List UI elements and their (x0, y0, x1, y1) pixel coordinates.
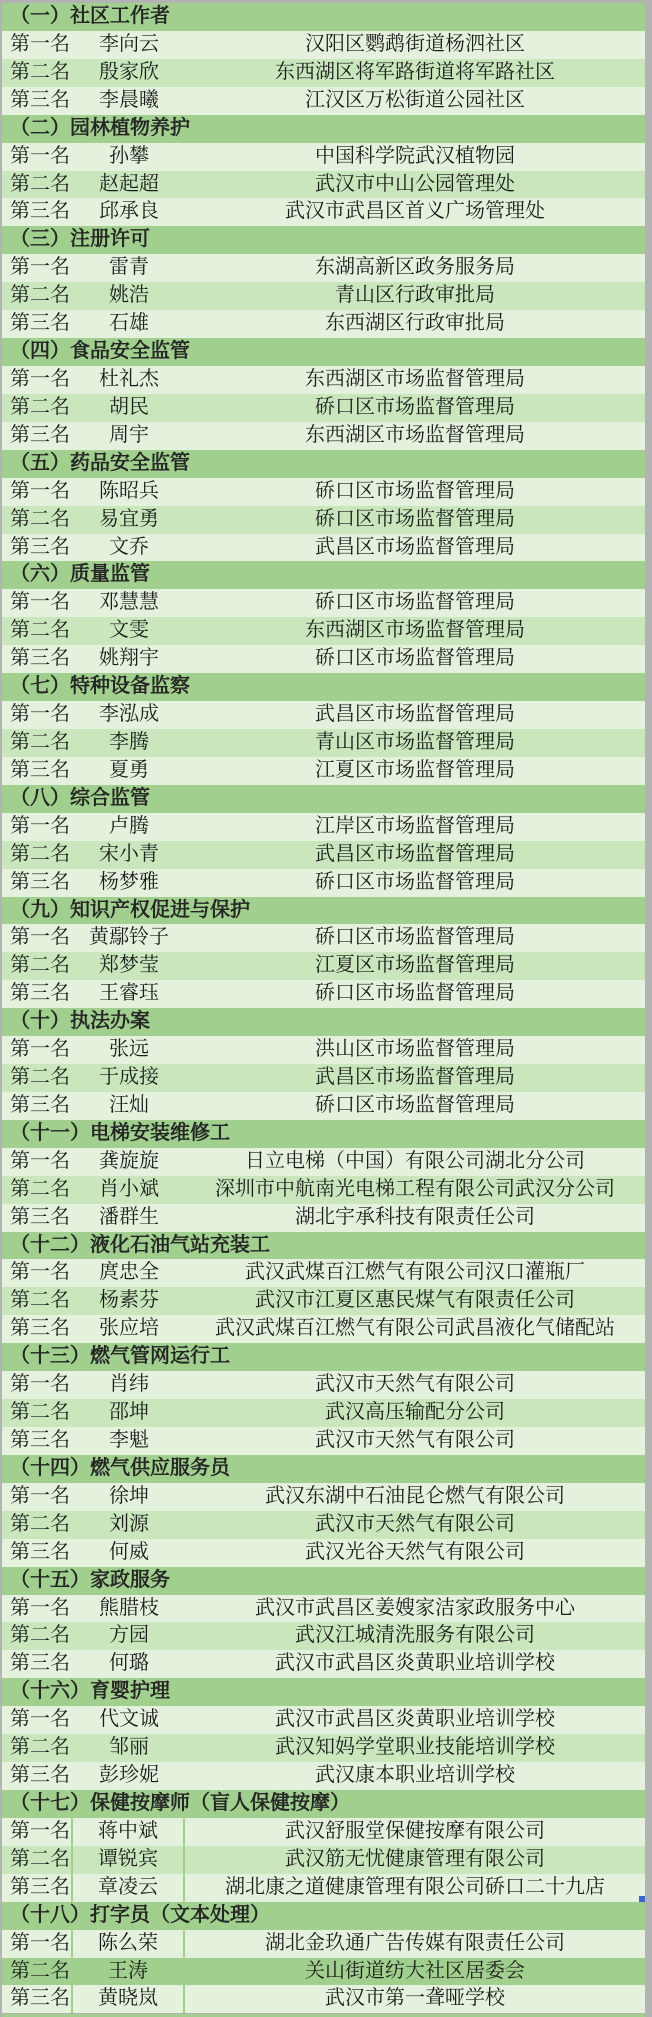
winner-row: 第二名邹丽武汉知妈学堂职业技能培训学校 (2, 1734, 645, 1762)
section-title: （六）质量监管 (10, 561, 150, 589)
name-cell: 黄晓岚 (73, 1985, 185, 2013)
section-header-row: （十）执法办案 (2, 1008, 645, 1036)
rank-cell: 第三名 (2, 1427, 73, 1455)
section-header-row: （十四）燃气供应服务员 (2, 1455, 645, 1483)
winner-row: 第三名彭珍妮武汉康本职业培训学校 (2, 1762, 645, 1790)
org-cell: 武汉市天然气有限公司 (185, 1511, 645, 1539)
rank-cell: 第三名 (2, 1204, 73, 1232)
winner-row: 第一名肖纬武汉市天然气有限公司 (2, 1371, 645, 1399)
rank-cell: 第一名 (2, 254, 73, 282)
org-cell: 武汉江城清洗服务有限公司 (185, 1622, 645, 1650)
winner-row: 第二名王涛关山街道纺大社区居委会 (2, 1958, 645, 1986)
org-cell: 硚口区市场监督管理局 (185, 645, 645, 673)
org-cell: 硚口区市场监督管理局 (185, 869, 645, 897)
rank-cell: 第三名 (2, 310, 73, 338)
org-cell: 武汉康本职业培训学校 (185, 1762, 645, 1790)
name-cell: 邹丽 (73, 1734, 185, 1762)
rank-cell: 第三名 (2, 1874, 73, 1902)
winner-row: 第二名刘源武汉市天然气有限公司 (2, 1511, 645, 1539)
name-cell: 邱承良 (73, 198, 185, 226)
section-title: （十七）保健按摩师（盲人保健按摩） (10, 1790, 350, 1818)
org-cell: 武汉光谷天然气有限公司 (185, 1539, 645, 1567)
winner-row: 第一名孙攀中国科学院武汉植物园 (2, 143, 645, 171)
name-cell: 方园 (73, 1622, 185, 1650)
rank-cell: 第三名 (2, 869, 73, 897)
org-cell: 中国科学院武汉植物园 (185, 143, 645, 171)
name-cell: 胡民 (73, 394, 185, 422)
section-title: （十三）燃气管网运行工 (10, 1343, 230, 1371)
org-cell: 武昌区市场监督管理局 (185, 534, 645, 562)
org-cell: 武汉筋无忧健康管理有限公司 (185, 1846, 645, 1874)
org-cell: 青山区行政审批局 (185, 282, 645, 310)
winner-row: 第三名邱承良武汉市武昌区首义广场管理处 (2, 198, 645, 226)
section-header-row: （四）食品安全监管 (2, 338, 645, 366)
org-cell: 湖北宇承科技有限责任公司 (185, 1204, 645, 1232)
rank-cell: 第二名 (2, 841, 73, 869)
name-cell: 刘源 (73, 1511, 185, 1539)
org-cell: 武汉市武昌区炎黄职业培训学校 (185, 1706, 645, 1734)
name-cell: 赵起超 (73, 171, 185, 199)
rank-cell: 第三名 (2, 1985, 73, 2013)
org-cell: 青山区市场监督管理局 (185, 729, 645, 757)
winner-row: 第三名李晨曦江汉区万松街道公园社区 (2, 87, 645, 115)
org-cell: 硚口区市场监督管理局 (185, 924, 645, 952)
rank-cell: 第二名 (2, 1846, 73, 1874)
winner-row: 第三名夏勇江夏区市场监督管理局 (2, 757, 645, 785)
section-header-row: （八）综合监管 (2, 785, 645, 813)
name-cell: 肖纬 (73, 1371, 185, 1399)
winner-row: 第一名代文诚武汉市武昌区炎黄职业培训学校 (2, 1706, 645, 1734)
name-cell: 代文诚 (73, 1706, 185, 1734)
section-title: （三）注册许可 (10, 226, 150, 254)
name-cell: 杨素芬 (73, 1287, 185, 1315)
winner-row: 第二名殷家欣东西湖区将军路街道将军路社区 (2, 59, 645, 87)
winner-row: 第三名张应培武汉武煤百江燃气有限公司武昌液化气储配站 (2, 1315, 645, 1343)
winner-row: 第三名李魁武汉市天然气有限公司 (2, 1427, 645, 1455)
name-cell: 文雯 (73, 617, 185, 645)
name-cell: 李向云 (73, 31, 185, 59)
section-title: （二）园林植物养护 (10, 115, 190, 143)
rank-cell: 第三名 (2, 645, 73, 673)
org-cell: 东湖高新区政务服务局 (185, 254, 645, 282)
name-cell: 肖小斌 (73, 1176, 185, 1204)
section-title: （一）社区工作者 (10, 3, 170, 31)
name-cell: 李晨曦 (73, 87, 185, 115)
rank-cell: 第三名 (2, 198, 73, 226)
org-cell: 江汉区万松街道公园社区 (185, 87, 645, 115)
name-cell: 徐坤 (73, 1483, 185, 1511)
name-cell: 龚旋旋 (73, 1148, 185, 1176)
winner-row: 第一名雷青东湖高新区政务服务局 (2, 254, 645, 282)
section-title: （十一）电梯安装维修工 (10, 1120, 230, 1148)
rank-cell: 第一名 (2, 1036, 73, 1064)
name-cell: 陈昭兵 (73, 478, 185, 506)
name-cell: 邵坤 (73, 1399, 185, 1427)
section-title: （十五）家政服务 (10, 1567, 170, 1595)
org-cell: 硚口区市场监督管理局 (185, 478, 645, 506)
section-header-row: （十二）液化石油气站充装工 (2, 1232, 645, 1260)
name-cell: 李泓成 (73, 701, 185, 729)
org-cell: 武汉武煤百江燃气有限公司武昌液化气储配站 (185, 1315, 645, 1343)
winner-row: 第二名谭锐宾武汉筋无忧健康管理有限公司 (2, 1846, 645, 1874)
rank-cell: 第三名 (2, 1539, 73, 1567)
org-cell: 硚口区市场监督管理局 (185, 1092, 645, 1120)
winner-row: 第二名姚浩青山区行政审批局 (2, 282, 645, 310)
winner-row: 第三名何璐武汉市武昌区炎黄职业培训学校 (2, 1650, 645, 1678)
rank-cell: 第二名 (2, 506, 73, 534)
rank-cell: 第一名 (2, 143, 73, 171)
name-cell: 卢腾 (73, 813, 185, 841)
winner-row: 第三名章凌云湖北康之道健康管理有限公司硚口二十九店 (2, 1874, 645, 1902)
rank-cell: 第二名 (2, 1176, 73, 1204)
rank-cell: 第三名 (2, 1092, 73, 1120)
rank-cell: 第二名 (2, 1399, 73, 1427)
org-cell: 武汉市天然气有限公司 (185, 1371, 645, 1399)
section-header-row: （一）社区工作者 (2, 3, 645, 31)
org-cell: 武汉市天然气有限公司 (185, 1427, 645, 1455)
name-cell: 夏勇 (73, 757, 185, 785)
winner-row: 第一名庹忠全武汉武煤百江燃气有限公司汉口灌瓶厂 (2, 1259, 645, 1287)
winner-row: 第一名杜礼杰东西湖区市场监督管理局 (2, 366, 645, 394)
section-header-row: （三）注册许可 (2, 226, 645, 254)
org-cell: 关山街道纺大社区居委会 (185, 1958, 645, 1986)
name-cell: 何璐 (73, 1650, 185, 1678)
winner-row: 第一名邓慧慧硚口区市场监督管理局 (2, 589, 645, 617)
winner-row: 第一名陈昭兵硚口区市场监督管理局 (2, 478, 645, 506)
org-cell: 江夏区市场监督管理局 (185, 757, 645, 785)
org-cell: 东西湖区市场监督管理局 (185, 366, 645, 394)
org-cell: 硚口区市场监督管理局 (185, 589, 645, 617)
rank-cell: 第三名 (2, 1762, 73, 1790)
name-cell: 周宇 (73, 422, 185, 450)
winner-row: 第一名陈么荣湖北金玖通广告传媒有限责任公司 (2, 1930, 645, 1958)
rank-cell: 第一名 (2, 1148, 73, 1176)
name-cell: 熊腊枝 (73, 1595, 185, 1623)
org-cell: 武昌区市场监督管理局 (185, 841, 645, 869)
section-title: （十六）育婴护理 (10, 1678, 170, 1706)
org-cell: 汉阳区鹦鹉街道杨泗社区 (185, 31, 645, 59)
name-cell: 李魁 (73, 1427, 185, 1455)
winner-row: 第三名文乔武昌区市场监督管理局 (2, 534, 645, 562)
section-header-row: （二）园林植物养护 (2, 115, 645, 143)
org-cell: 武昌区市场监督管理局 (185, 1064, 645, 1092)
winner-row: 第三名杨梦雅硚口区市场监督管理局 (2, 869, 645, 897)
section-title: （十）执法办案 (10, 1008, 150, 1036)
winner-row: 第一名徐坤武汉东湖中石油昆仑燃气有限公司 (2, 1483, 645, 1511)
name-cell: 易宜勇 (73, 506, 185, 534)
org-cell: 武汉武煤百江燃气有限公司汉口灌瓶厂 (185, 1259, 645, 1287)
section-header-row: （六）质量监管 (2, 561, 645, 589)
rank-cell: 第一名 (2, 1930, 73, 1958)
rank-cell: 第二名 (2, 1511, 73, 1539)
org-cell: 硚口区市场监督管理局 (185, 506, 645, 534)
winner-row: 第三名石雄东西湖区行政审批局 (2, 310, 645, 338)
org-cell: 东西湖区行政审批局 (185, 310, 645, 338)
rank-cell: 第三名 (2, 87, 73, 115)
section-header-row: （十三）燃气管网运行工 (2, 1343, 645, 1371)
name-cell: 石雄 (73, 310, 185, 338)
name-cell: 姚翔宇 (73, 645, 185, 673)
org-cell: 武汉市武昌区首义广场管理处 (185, 198, 645, 226)
rank-cell: 第二名 (2, 282, 73, 310)
org-cell: 湖北金玖通广告传媒有限责任公司 (185, 1930, 645, 1958)
org-cell: 武汉市中山公园管理处 (185, 171, 645, 199)
winner-row: 第一名李泓成武昌区市场监督管理局 (2, 701, 645, 729)
rank-cell: 第三名 (2, 1650, 73, 1678)
section-title: （四）食品安全监管 (10, 338, 190, 366)
rank-cell: 第一名 (2, 1259, 73, 1287)
section-header-row: （十七）保健按摩师（盲人保健按摩） (2, 1790, 645, 1818)
org-cell: 江夏区市场监督管理局 (185, 952, 645, 980)
rank-cell: 第一名 (2, 478, 73, 506)
section-title: （十八）打字员（文本处理） (10, 1902, 270, 1930)
rank-cell: 第三名 (2, 422, 73, 450)
name-cell: 杜礼杰 (73, 366, 185, 394)
rank-cell: 第一名 (2, 1483, 73, 1511)
winner-row: 第三名潘群生湖北宇承科技有限责任公司 (2, 1204, 645, 1232)
name-cell: 章凌云 (73, 1874, 185, 1902)
rank-cell: 第一名 (2, 924, 73, 952)
name-cell: 文乔 (73, 534, 185, 562)
winner-row: 第二名肖小斌深圳市中航南光电梯工程有限公司武汉分公司 (2, 1176, 645, 1204)
section-title: （十二）液化石油气站充装工 (10, 1232, 270, 1260)
rank-cell: 第一名 (2, 31, 73, 59)
rank-cell: 第二名 (2, 1622, 73, 1650)
name-cell: 杨梦雅 (73, 869, 185, 897)
rank-cell: 第三名 (2, 1315, 73, 1343)
rank-cell: 第二名 (2, 394, 73, 422)
org-cell: 武汉东湖中石油昆仑燃气有限公司 (185, 1483, 645, 1511)
org-cell: 湖北康之道健康管理有限公司硚口二十九店 (185, 1874, 645, 1902)
winner-row: 第二名宋小青武昌区市场监督管理局 (2, 841, 645, 869)
name-cell: 黄鄢铃子 (73, 924, 185, 952)
section-title: （九）知识产权促进与保护 (10, 897, 250, 925)
org-cell: 武汉知妈学堂职业技能培训学校 (185, 1734, 645, 1762)
name-cell: 潘群生 (73, 1204, 185, 1232)
rank-cell: 第二名 (2, 1064, 73, 1092)
name-cell: 雷青 (73, 254, 185, 282)
winner-row: 第二名郑梦莹江夏区市场监督管理局 (2, 952, 645, 980)
name-cell: 汪灿 (73, 1092, 185, 1120)
winner-row: 第一名熊腊枝武汉市武昌区姜嫂家洁家政服务中心 (2, 1595, 645, 1623)
name-cell: 张应培 (73, 1315, 185, 1343)
rank-cell: 第二名 (2, 952, 73, 980)
rank-cell: 第一名 (2, 701, 73, 729)
name-cell: 李腾 (73, 729, 185, 757)
org-cell: 日立电梯（中国）有限公司湖北分公司 (185, 1148, 645, 1176)
rank-cell: 第一名 (2, 366, 73, 394)
org-cell: 东西湖区市场监督管理局 (185, 617, 645, 645)
org-cell: 江岸区市场监督管理局 (185, 813, 645, 841)
org-cell: 洪山区市场监督管理局 (185, 1036, 645, 1064)
rank-cell: 第一名 (2, 1818, 73, 1846)
rank-cell: 第一名 (2, 1706, 73, 1734)
winner-row: 第二名赵起超武汉市中山公园管理处 (2, 171, 645, 199)
org-cell: 武汉市江夏区惠民煤气有限责任公司 (185, 1287, 645, 1315)
org-cell: 深圳市中航南光电梯工程有限公司武汉分公司 (185, 1176, 645, 1204)
name-cell: 何威 (73, 1539, 185, 1567)
winner-row: 第三名周宇东西湖区市场监督管理局 (2, 422, 645, 450)
rank-cell: 第三名 (2, 757, 73, 785)
rank-cell: 第一名 (2, 1595, 73, 1623)
winner-row: 第二名胡民硚口区市场监督管理局 (2, 394, 645, 422)
section-header-row: （九）知识产权促进与保护 (2, 897, 645, 925)
name-cell: 张远 (73, 1036, 185, 1064)
winner-row: 第一名龚旋旋日立电梯（中国）有限公司湖北分公司 (2, 1148, 645, 1176)
rank-cell: 第一名 (2, 589, 73, 617)
rank-cell: 第二名 (2, 729, 73, 757)
section-header-row: （十五）家政服务 (2, 1567, 645, 1595)
name-cell: 蒋中斌 (73, 1818, 185, 1846)
org-cell: 武汉市武昌区姜嫂家洁家政服务中心 (185, 1595, 645, 1623)
name-cell: 庹忠全 (73, 1259, 185, 1287)
rank-cell: 第二名 (2, 1958, 73, 1986)
winner-row: 第二名于成接武昌区市场监督管理局 (2, 1064, 645, 1092)
section-header-row: （七）特种设备监察 (2, 673, 645, 701)
winner-row: 第二名邵坤武汉高压输配分公司 (2, 1399, 645, 1427)
section-header-row: （十一）电梯安装维修工 (2, 1120, 645, 1148)
name-cell: 邓慧慧 (73, 589, 185, 617)
winner-row: 第三名汪灿硚口区市场监督管理局 (2, 1092, 645, 1120)
name-cell: 彭珍妮 (73, 1762, 185, 1790)
winner-row: 第一名黄鄢铃子硚口区市场监督管理局 (2, 924, 645, 952)
rank-cell: 第二名 (2, 171, 73, 199)
awards-table: （一）社区工作者第一名李向云汉阳区鹦鹉街道杨泗社区第二名殷家欣东西湖区将军路街道… (2, 3, 645, 2013)
org-cell: 硚口区市场监督管理局 (185, 394, 645, 422)
rank-cell: 第二名 (2, 1734, 73, 1762)
section-header-row: （五）药品安全监管 (2, 450, 645, 478)
rank-cell: 第一名 (2, 1371, 73, 1399)
org-cell: 武汉高压输配分公司 (185, 1399, 645, 1427)
section-title: （十四）燃气供应服务员 (10, 1455, 230, 1483)
name-cell: 王睿珏 (73, 980, 185, 1008)
name-cell: 宋小青 (73, 841, 185, 869)
section-header-row: （十六）育婴护理 (2, 1678, 645, 1706)
winner-row: 第一名李向云汉阳区鹦鹉街道杨泗社区 (2, 31, 645, 59)
org-cell: 武昌区市场监督管理局 (185, 701, 645, 729)
rank-cell: 第一名 (2, 813, 73, 841)
name-cell: 王涛 (73, 1958, 185, 1986)
name-cell: 孙攀 (73, 143, 185, 171)
winner-row: 第二名李腾青山区市场监督管理局 (2, 729, 645, 757)
rank-cell: 第二名 (2, 617, 73, 645)
section-title: （七）特种设备监察 (10, 673, 190, 701)
org-cell: 武汉市武昌区炎黄职业培训学校 (185, 1650, 645, 1678)
section-title: （五）药品安全监管 (10, 450, 190, 478)
winner-row: 第二名文雯东西湖区市场监督管理局 (2, 617, 645, 645)
winner-row: 第二名杨素芬武汉市江夏区惠民煤气有限责任公司 (2, 1287, 645, 1315)
org-cell: 武汉市第一聋哑学校 (185, 1985, 645, 2013)
winner-row: 第三名王睿珏硚口区市场监督管理局 (2, 980, 645, 1008)
winner-row: 第一名蒋中斌武汉舒服堂保健按摩有限公司 (2, 1818, 645, 1846)
winner-row: 第三名何威武汉光谷天然气有限公司 (2, 1539, 645, 1567)
name-cell: 谭锐宾 (73, 1846, 185, 1874)
name-cell: 殷家欣 (73, 59, 185, 87)
section-title: （八）综合监管 (10, 785, 150, 813)
winner-row: 第一名张远洪山区市场监督管理局 (2, 1036, 645, 1064)
rank-cell: 第二名 (2, 1287, 73, 1315)
name-cell: 于成接 (73, 1064, 185, 1092)
rank-cell: 第二名 (2, 59, 73, 87)
section-header-row: （十八）打字员（文本处理） (2, 1902, 645, 1930)
rank-cell: 第三名 (2, 980, 73, 1008)
selection-fill-handle-icon[interactable] (639, 1896, 645, 1902)
winner-row: 第二名方园武汉江城清洗服务有限公司 (2, 1622, 645, 1650)
winner-row: 第三名黄晓岚武汉市第一聋哑学校 (2, 1985, 645, 2013)
name-cell: 郑梦莹 (73, 952, 185, 980)
name-cell: 陈么荣 (73, 1930, 185, 1958)
org-cell: 东西湖区将军路街道将军路社区 (185, 59, 645, 87)
name-cell: 姚浩 (73, 282, 185, 310)
org-cell: 硚口区市场监督管理局 (185, 980, 645, 1008)
winner-row: 第一名卢腾江岸区市场监督管理局 (2, 813, 645, 841)
winner-row: 第二名易宜勇硚口区市场监督管理局 (2, 506, 645, 534)
winner-row: 第三名姚翔宇硚口区市场监督管理局 (2, 645, 645, 673)
rank-cell: 第三名 (2, 534, 73, 562)
org-cell: 东西湖区市场监督管理局 (185, 422, 645, 450)
org-cell: 武汉舒服堂保健按摩有限公司 (185, 1818, 645, 1846)
